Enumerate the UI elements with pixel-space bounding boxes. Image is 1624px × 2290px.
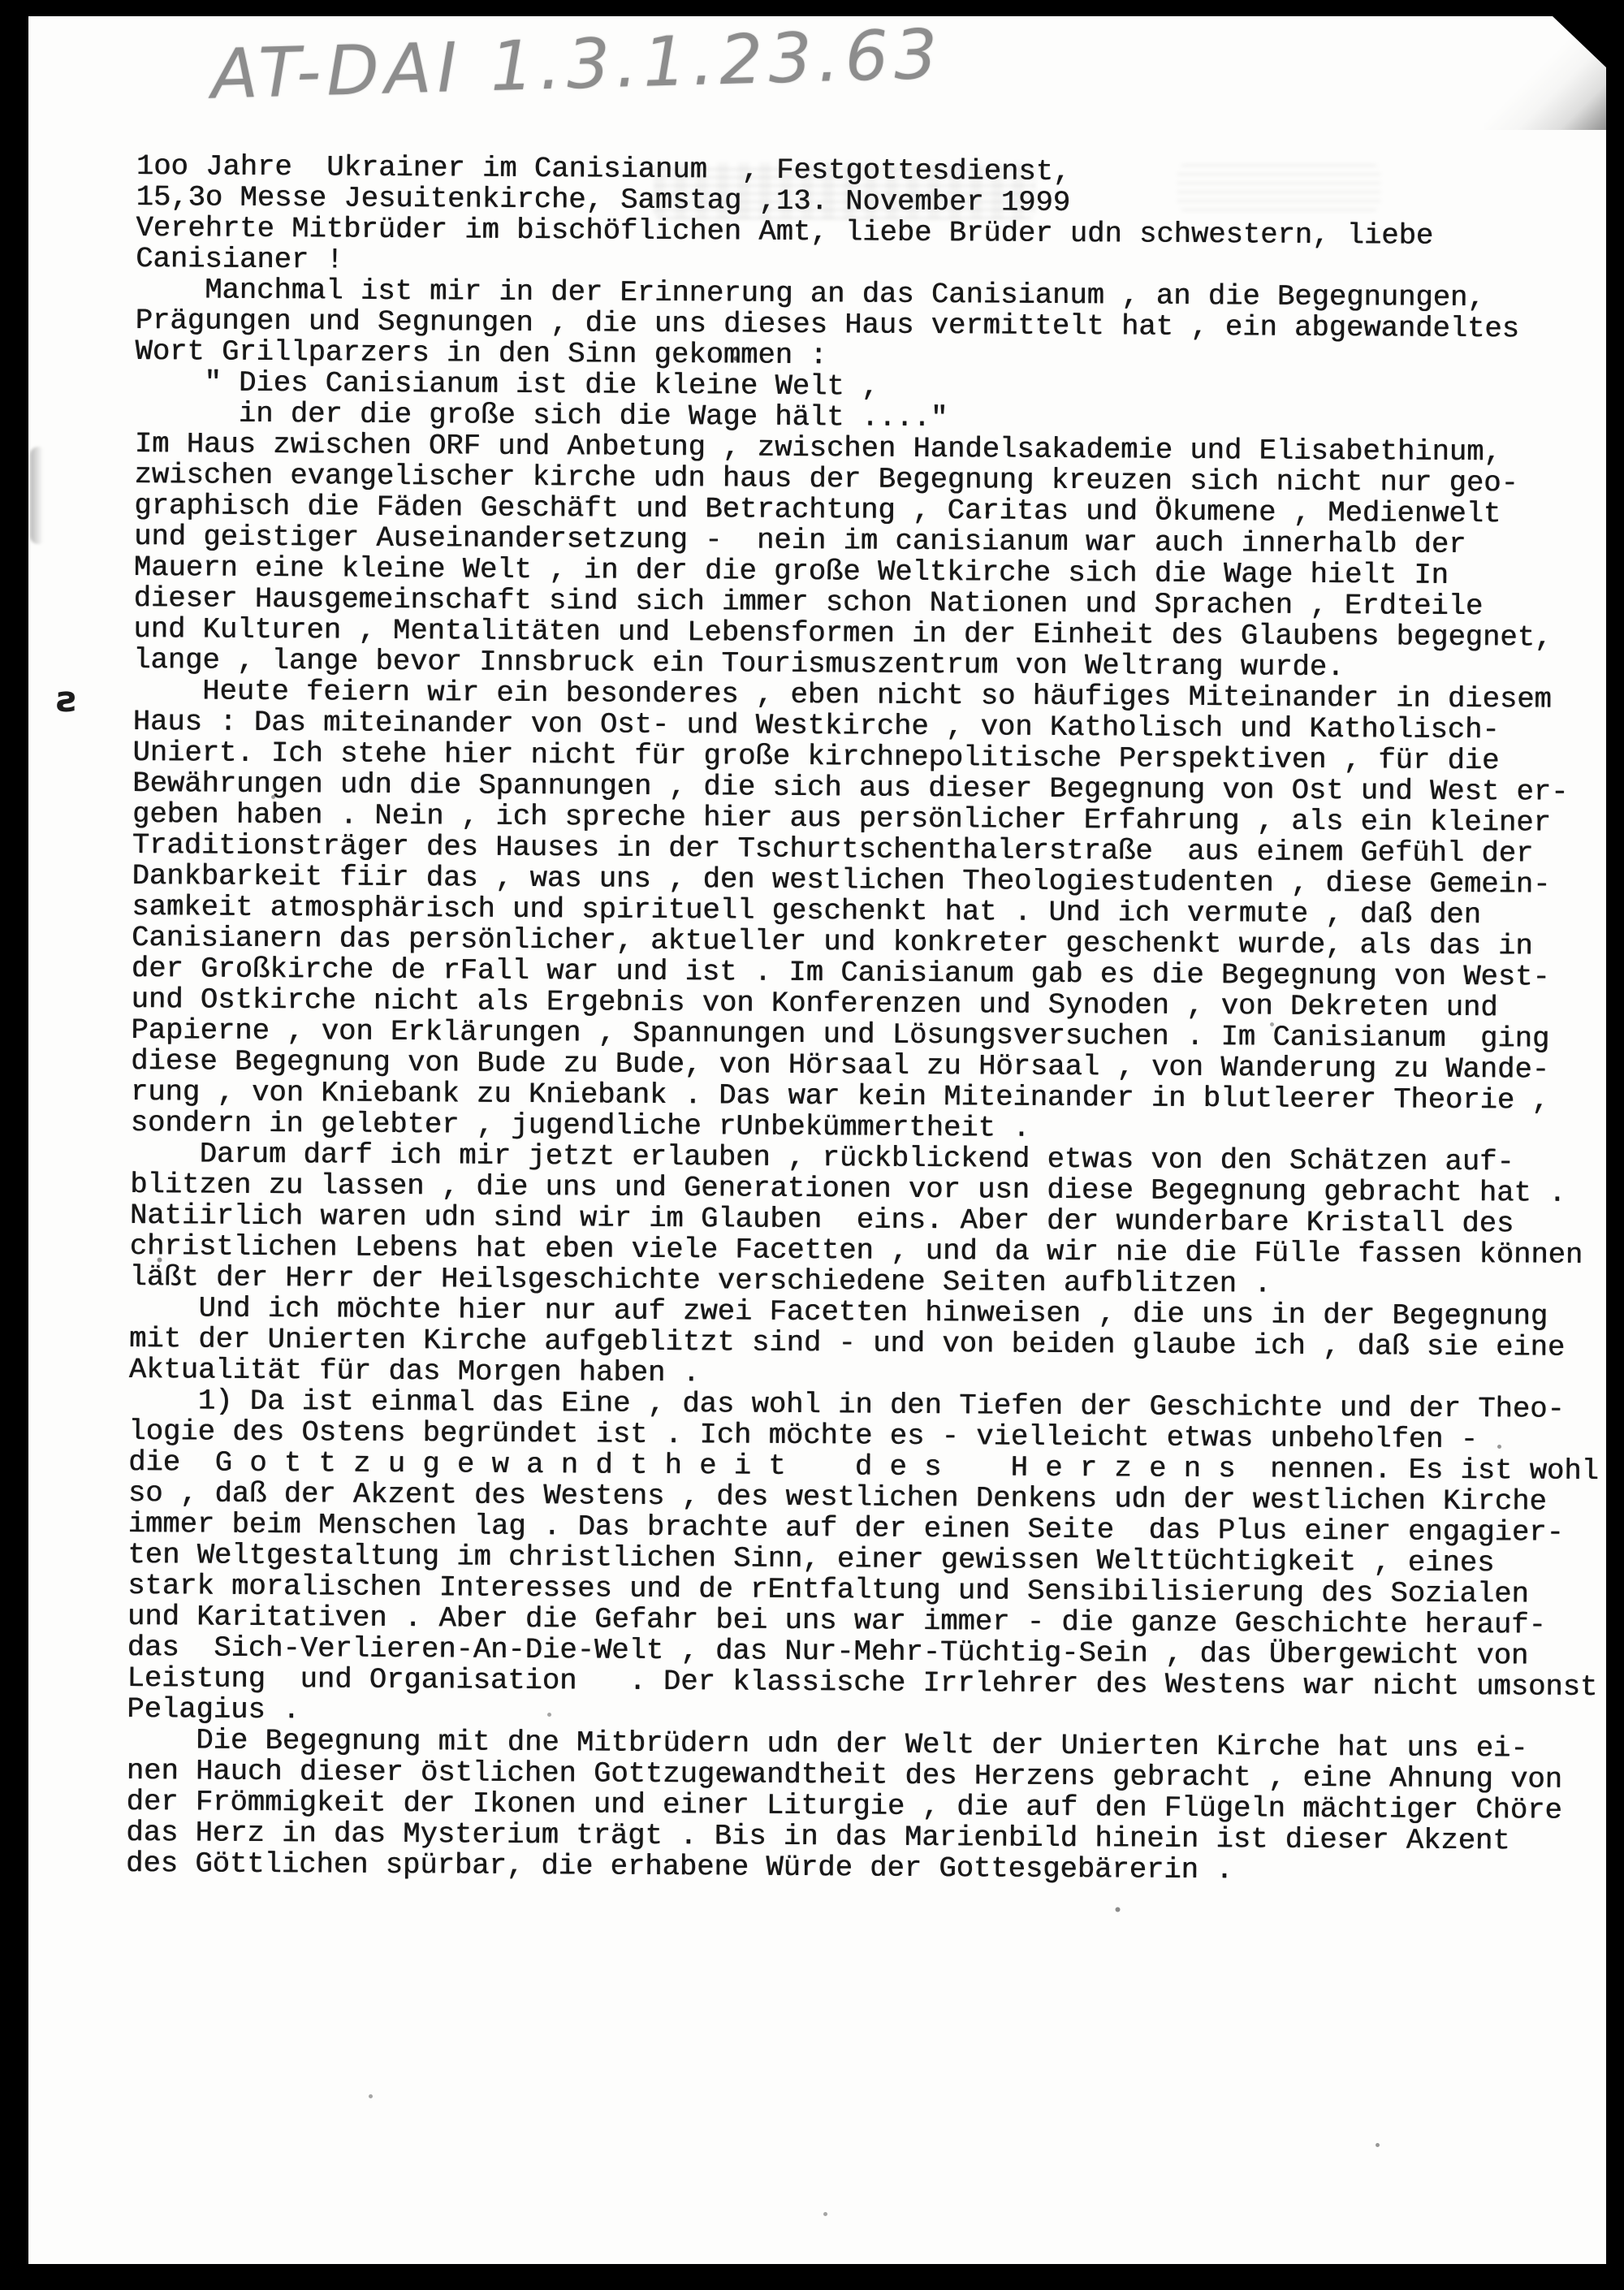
paragraph-4: 1) Da ist einmal das Eine , das wohl in … (126, 1385, 1599, 1857)
scanned-document: AT-DAI 1.3.1.23.63 s 1oo Jahre Ukrainer … (0, 0, 1624, 2290)
event-header: 1oo Jahre Ukrainer im Canisianum , Festg… (136, 151, 1607, 222)
page-corner-fold (1484, 16, 1606, 130)
document-page: AT-DAI 1.3.1.23.63 s 1oo Jahre Ukrainer … (28, 16, 1606, 2264)
archive-reference-handwriting: AT-DAI 1.3.1.23.63 (210, 14, 944, 114)
paragraph-2: Heute feiern wir ein besonderes , eben n… (131, 676, 1604, 1147)
scan-noise (28, 16, 31, 19)
typed-text-body: 1oo Jahre Ukrainer im Canisianum , Festg… (126, 151, 1607, 1888)
paragraph-3: Darum darf ich mir jetzt erlauben , rück… (129, 1139, 1601, 1394)
paragraph-1: Manchmal ist mir in der Erinnerung an da… (133, 274, 1606, 685)
salutation: Verehrte Mitbrüder im bischöflichen Amt,… (136, 213, 1606, 283)
edge-smudge (30, 447, 46, 544)
ink-bleed-mirrored-letter: s (55, 679, 76, 720)
